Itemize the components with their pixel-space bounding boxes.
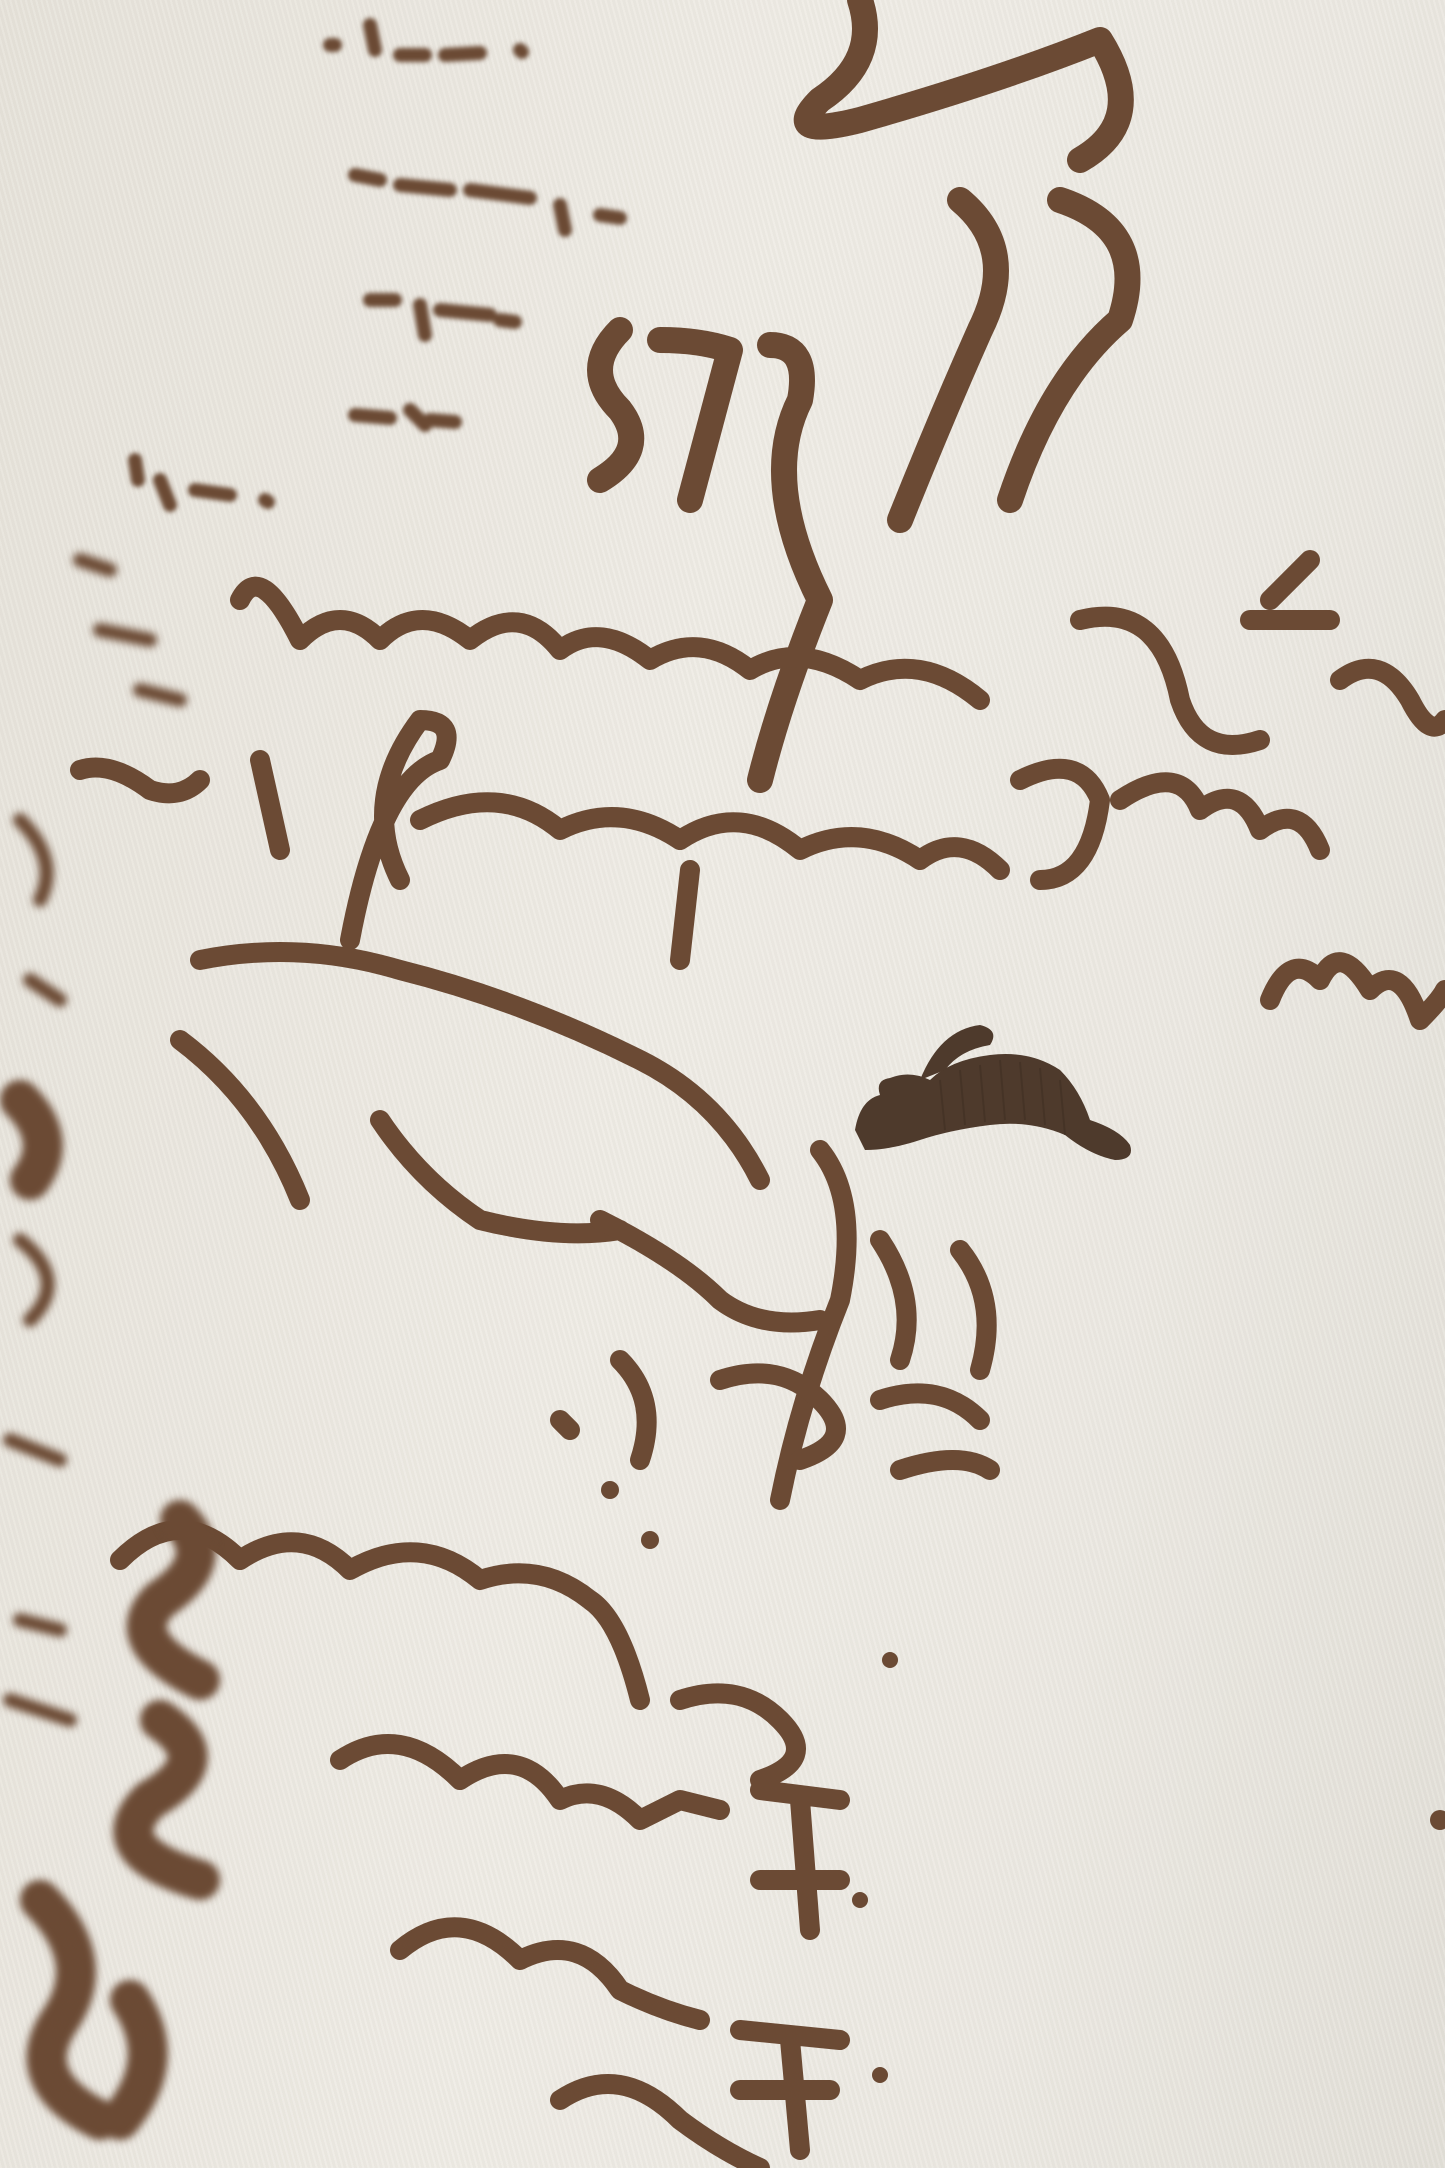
blurred-left-script bbox=[0, 0, 1445, 2168]
hare-embroidery-icon bbox=[850, 1010, 1140, 1180]
fabric-photo bbox=[0, 0, 1445, 2168]
